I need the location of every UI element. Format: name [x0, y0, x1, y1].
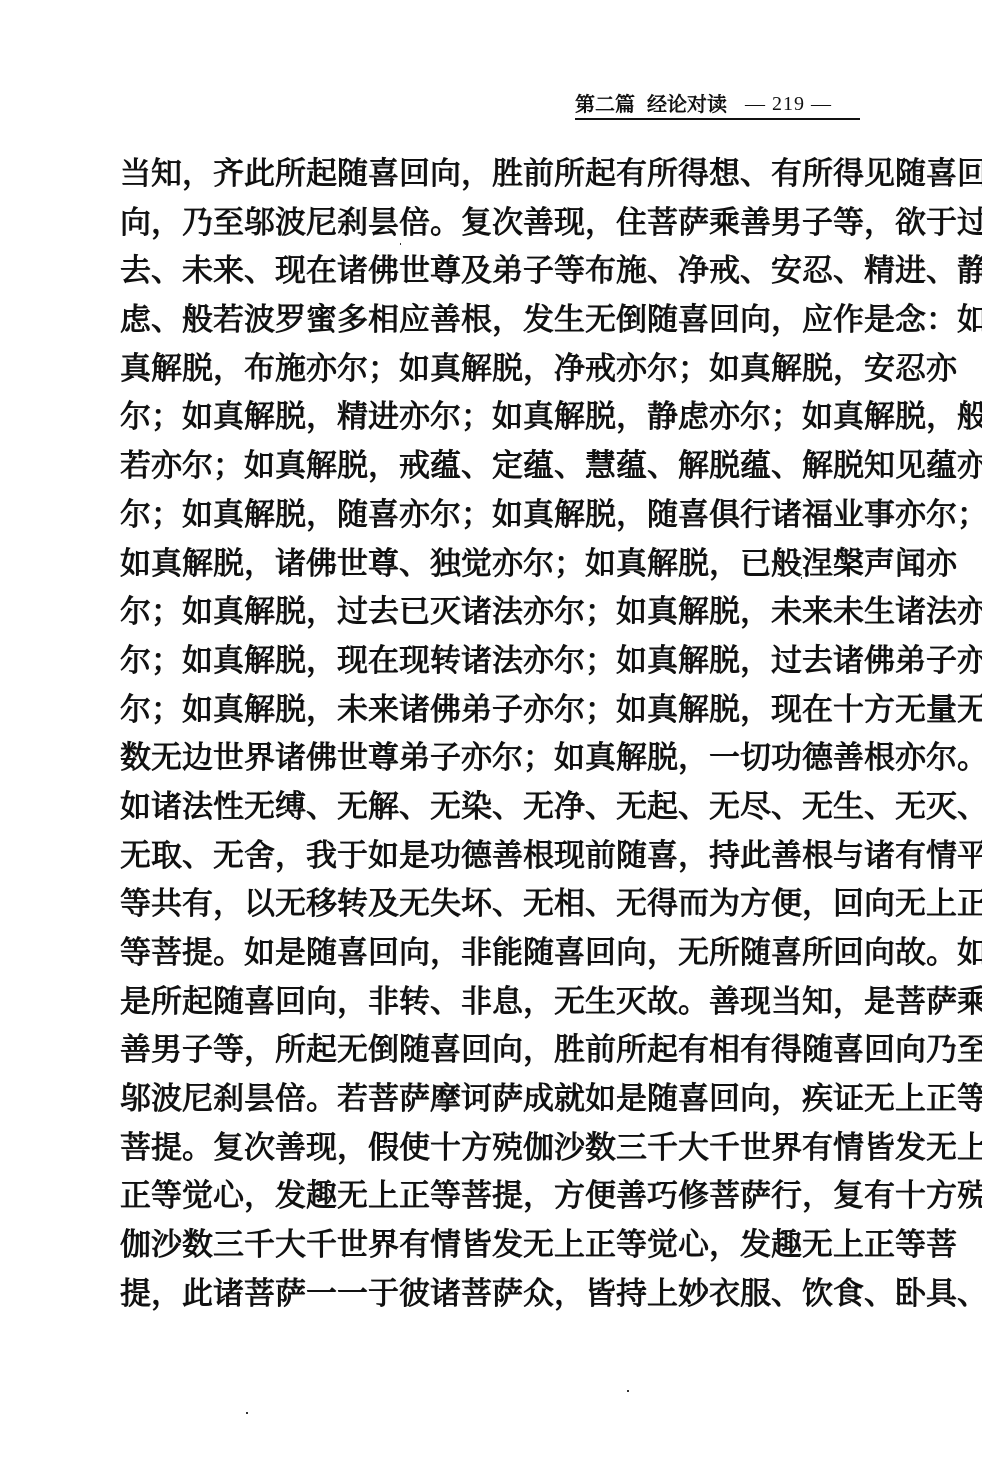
text-line: 伽沙数三千大千世界有情皆发无上正等觉心，发趣无上正等菩	[120, 1221, 862, 1270]
text-line: 当知，齐此所起随喜回向，胜前所起有所得想、有所得见随喜回	[120, 150, 862, 199]
text-line: 尔；如真解脱，过去已灭诸法亦尔；如真解脱，未来未生诸法亦	[120, 588, 862, 637]
body-text: 当知，齐此所起随喜回向，胜前所起有所得想、有所得见随喜回 向，乃至邬波尼刹昙倍。…	[120, 150, 862, 1319]
text-line: 虑、般若波罗蜜多相应善根，发生无倒随喜回向，应作是念：如	[120, 296, 862, 345]
text-line: 邬波尼刹昙倍。若菩萨摩诃萨成就如是随喜回向，疾证无上正等	[120, 1075, 862, 1124]
text-line: 去、未来、现在诸佛世尊及弟子等布施、净戒、安忍、精进、静	[120, 247, 862, 296]
text-line: 若亦尔；如真解脱，戒蕴、定蕴、慧蕴、解脱蕴、解脱知见蕴亦	[120, 442, 862, 491]
text-line: 数无边世界诸佛世尊弟子亦尔；如真解脱，一切功德善根亦尔。	[120, 734, 862, 783]
text-line: 无取、无舍，我于如是功德善根现前随喜，持此善根与诸有情平	[120, 832, 862, 881]
text-line: 尔；如真解脱，现在现转诸法亦尔；如真解脱，过去诸佛弟子亦	[120, 637, 862, 686]
header-section-title: 经论对读	[647, 90, 727, 118]
text-line: 尔；如真解脱，未来诸佛弟子亦尔；如真解脱，现在十方无量无	[120, 686, 862, 735]
page-number: — 219 —	[745, 90, 832, 118]
text-line: 尔；如真解脱，精进亦尔；如真解脱，静虑亦尔；如真解脱，般	[120, 393, 862, 442]
text-line: 正等觉心，发趣无上正等菩提，方便善巧修菩萨行，复有十方殑	[120, 1172, 862, 1221]
text-line: 等共有，以无移转及无失坏、无相、无得而为方便，回向无上正	[120, 880, 862, 929]
scan-speck	[801, 577, 802, 579]
text-line: 善男子等，所起无倒随喜回向，胜前所起有相有得随喜回向乃至	[120, 1026, 862, 1075]
text-line: 尔；如真解脱，随喜亦尔；如真解脱，随喜俱行诸福业事亦尔；	[120, 491, 862, 540]
header-chapter: 第二篇	[575, 90, 635, 118]
text-line: 提，此诸菩萨一一于彼诸菩萨众，皆持上妙衣服、饮食、卧具、	[120, 1270, 862, 1319]
text-line: 等菩提。如是随喜回向，非能随喜回向，无所随喜所回向故。如	[120, 929, 862, 978]
text-line: 是所起随喜回向，非转、非息，无生灭故。善现当知，是菩萨乘	[120, 978, 862, 1027]
text-line: 菩提。复次善现，假使十方殑伽沙数三千大千世界有情皆发无上	[120, 1124, 862, 1173]
scan-speck	[627, 1390, 629, 1392]
scan-speck	[246, 1412, 248, 1414]
text-line: 真解脱，布施亦尔；如真解脱，净戒亦尔；如真解脱，安忍亦	[120, 345, 862, 394]
text-line: 向，乃至邬波尼刹昙倍。复次善现，住菩萨乘善男子等，欲于过	[120, 199, 862, 248]
running-header: 第二篇 经论对读 — 219 —	[575, 86, 860, 120]
scan-speck	[400, 243, 401, 245]
text-line: 如诸法性无缚、无解、无染、无净、无起、无尽、无生、无灭、	[120, 783, 862, 832]
text-line: 如真解脱，诸佛世尊、独觉亦尔；如真解脱，已般涅槃声闻亦	[120, 540, 862, 589]
